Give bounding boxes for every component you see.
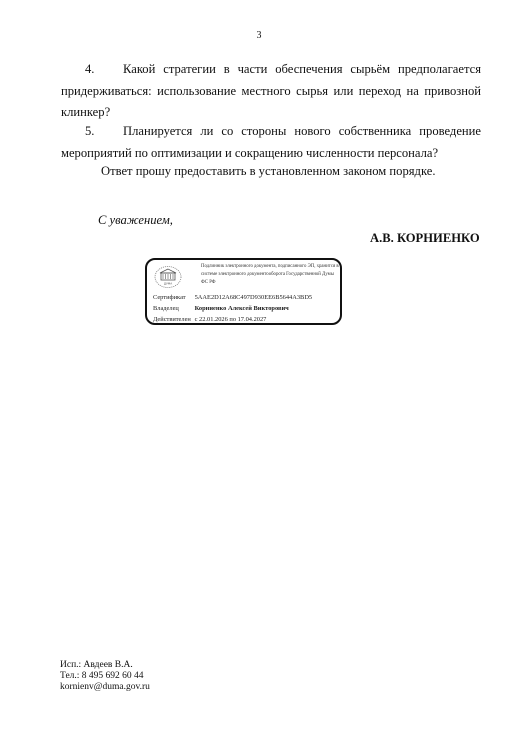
stamp-note: Подлинник электронного документа, подпис…: [201, 263, 341, 287]
executor-name: Исп.: Авдеев В.А.: [60, 660, 150, 671]
executor-footer: Исп.: Авдеев В.А. Тел.: 8 495 692 60 44 …: [60, 660, 150, 693]
validity-value: с 22.01.2026 по 17.04.2027: [195, 316, 267, 323]
question-number: 4.: [61, 59, 123, 81]
closing-text: С уважением,: [98, 213, 173, 228]
owner-label: Владелец: [153, 305, 193, 312]
certificate-label: Сертификат: [153, 294, 193, 301]
request-text: Ответ прошу предоставить в установленном…: [101, 164, 436, 179]
question-5: 5.Планируется ли со стороны нового собст…: [61, 121, 481, 164]
page-number: 3: [0, 30, 518, 41]
owner-value: Корниенко Алексей Викторович: [195, 305, 289, 312]
owner-row: Владелец Корниенко Алексей Викторович: [153, 305, 289, 312]
certificate-value: 5AAE2D12A68C497D930EE6B5644A3BD5: [195, 294, 313, 301]
question-text-rest: мероприятий по оптимизации и сокращению …: [61, 143, 481, 165]
question-number: 5.: [61, 121, 123, 143]
question-text-line1: Какой стратегии в части обеспечения сырь…: [123, 62, 481, 76]
validity-row: Действителен с 22.01.2026 по 17.04.2027: [153, 316, 266, 323]
executor-email[interactable]: kornienv@duma.gov.ru: [60, 682, 150, 693]
question-4: 4.Какой стратегии в части обеспечения сы…: [61, 59, 481, 124]
svg-text:ДУМА: ДУМА: [164, 282, 172, 286]
signer-name: А.В. КОРНИЕНКО: [370, 231, 480, 246]
validity-label: Действителен: [153, 316, 193, 323]
duma-emblem-icon: ДУМА: [153, 265, 183, 289]
electronic-signature-stamp: ДУМА Подлинник электронного документа, п…: [145, 258, 342, 325]
executor-phone: Тел.: 8 495 692 60 44: [60, 671, 150, 682]
question-text-line1: Планируется ли со стороны нового собстве…: [123, 124, 481, 138]
certificate-row: Сертификат 5AAE2D12A68C497D930EE6B5644A3…: [153, 294, 312, 301]
question-text-rest: придерживаться: использование местного с…: [61, 81, 481, 124]
